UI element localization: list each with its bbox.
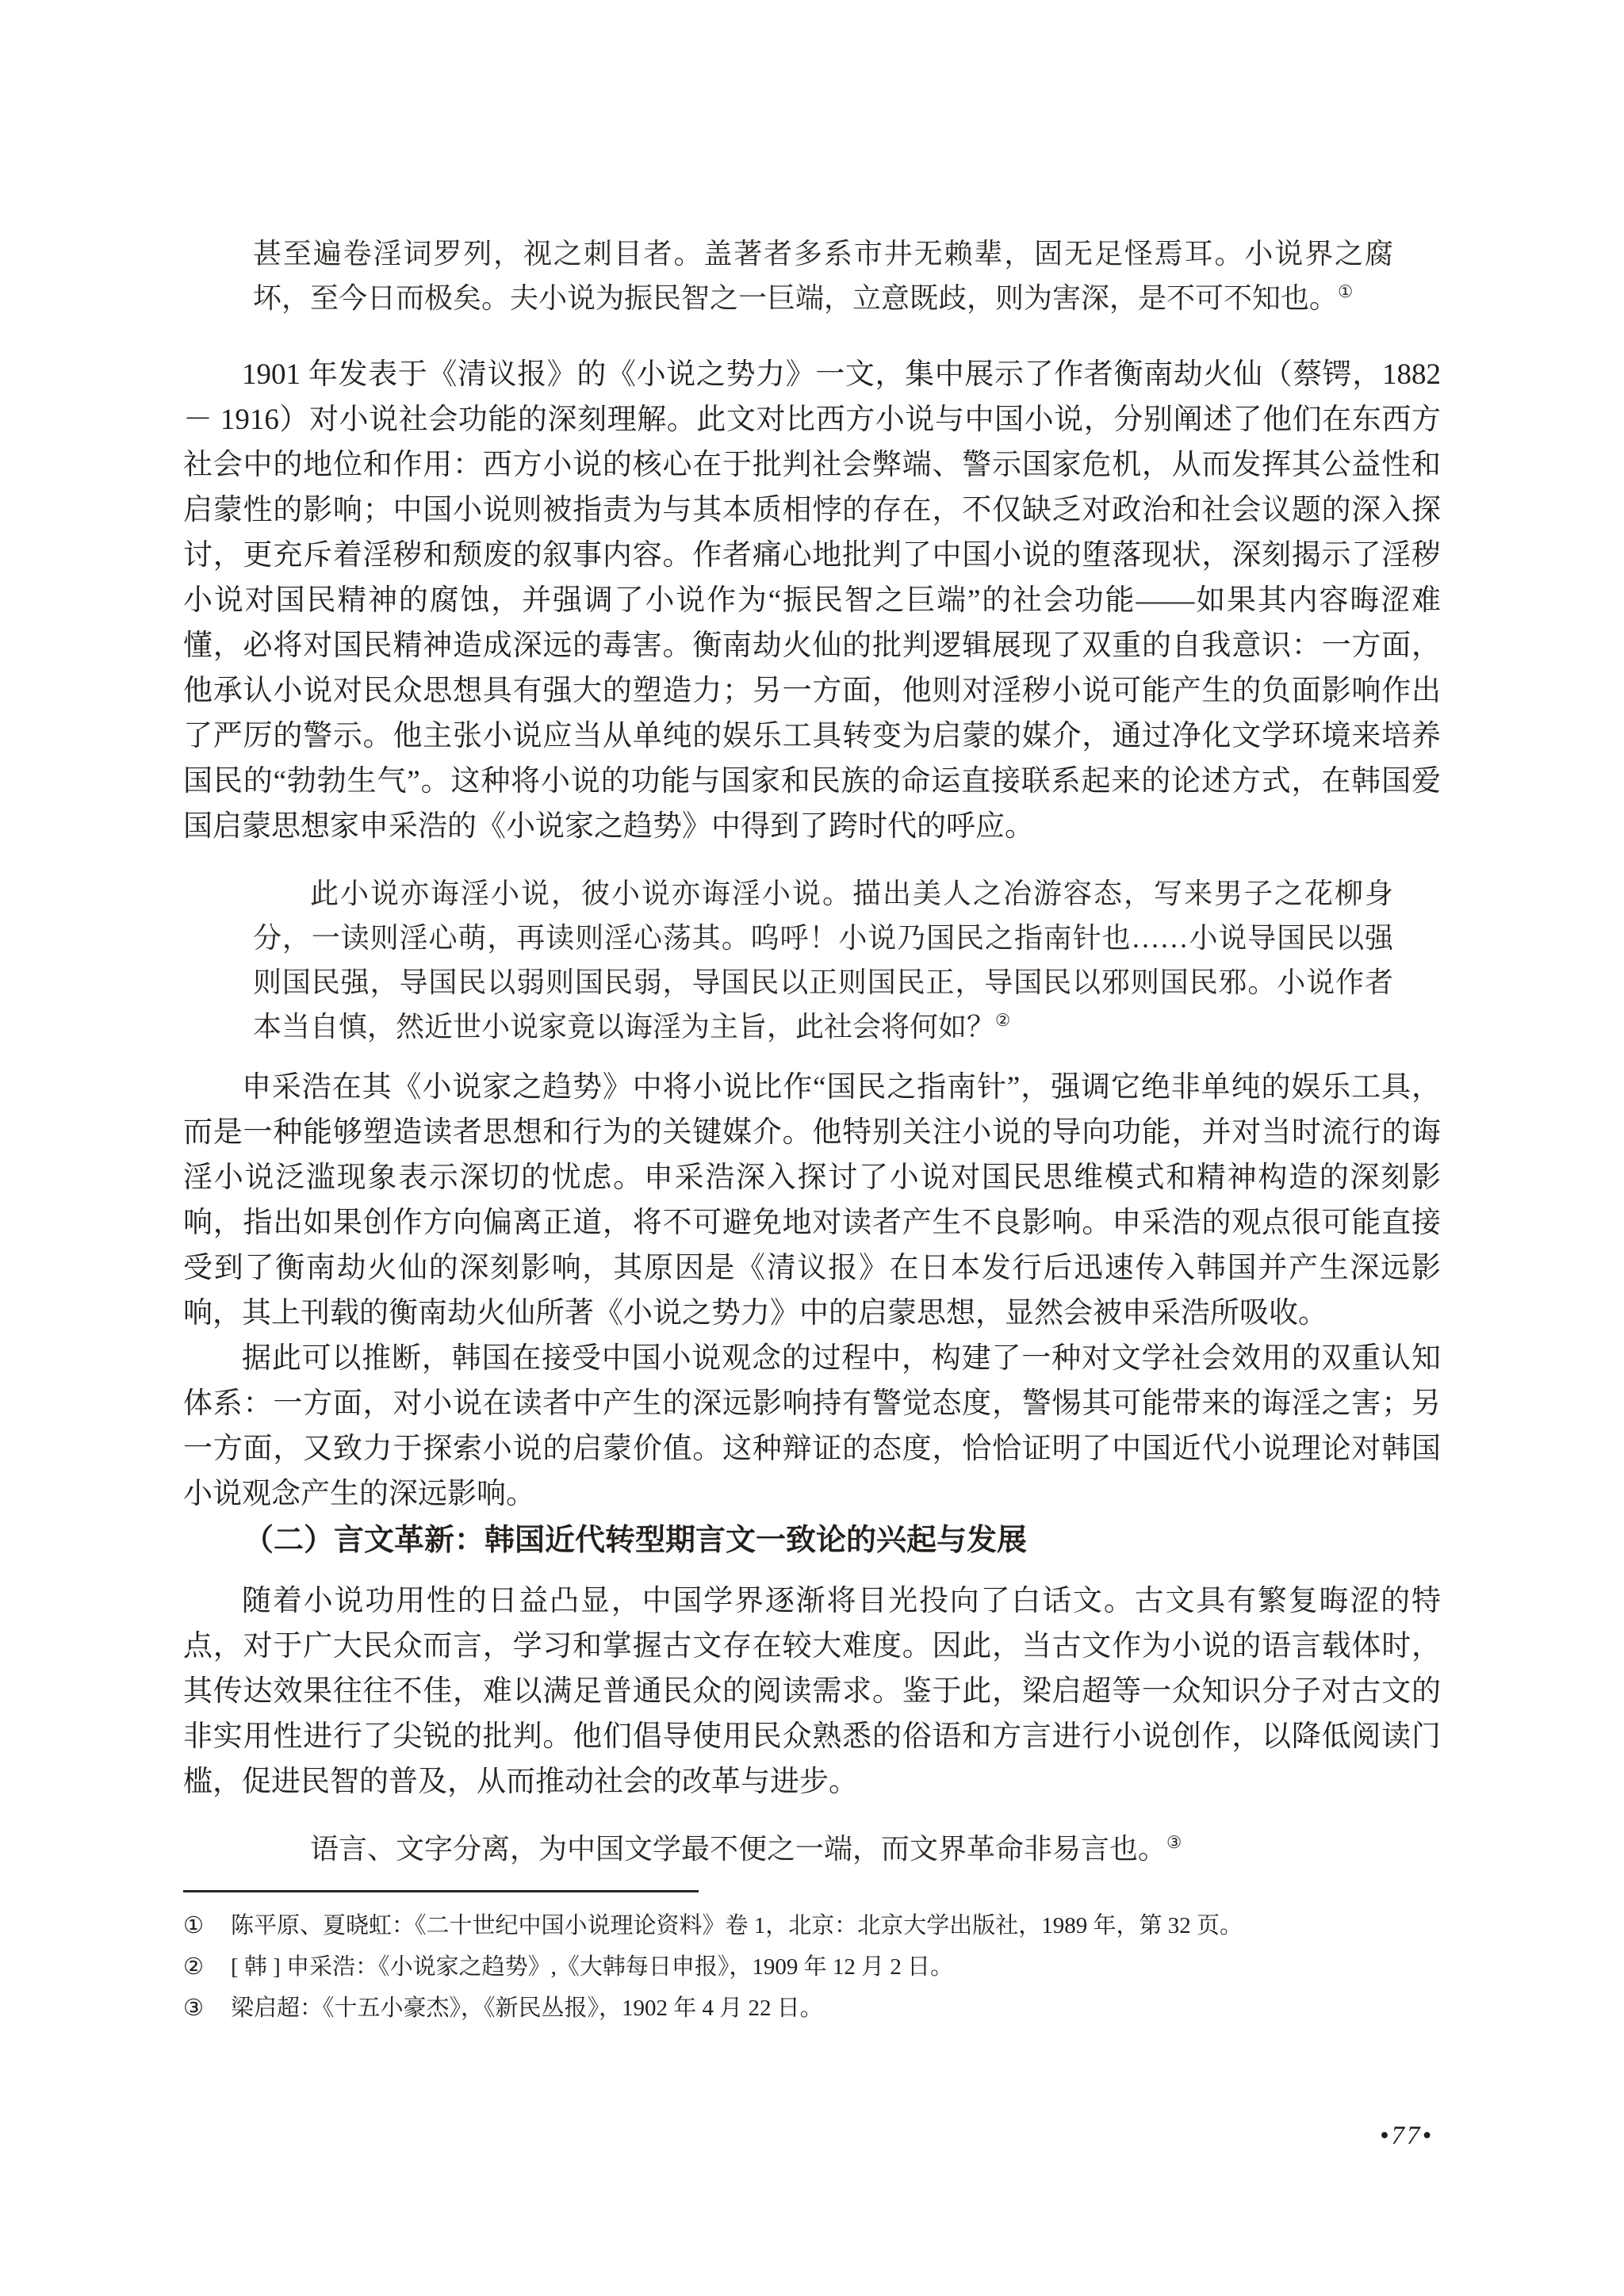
paragraph-1: 1901 年发表于《清议报》的《小说之势力》一文，集中展示了作者衡南劫火仙（蔡锷… <box>183 352 1441 849</box>
footnote-ref-2: ② <box>995 1011 1010 1030</box>
blockquote-2: 此小说亦诲淫小说，彼小说亦诲淫小说。描出美人之冶游容态，写来男子之花柳身分，一读… <box>253 871 1393 1049</box>
footnote-marker: ③ <box>183 1988 231 2029</box>
footnote-text: [ 韩 ] 申采浩：《小说家之趋势》,《大韩每日申报》，1909 年 12 月 … <box>231 1946 1441 1988</box>
blockquote-2-text: 此小说亦诲淫小说，彼小说亦诲淫小说。描出美人之冶游容态，写来男子之花柳身分，一读… <box>253 878 1393 1043</box>
document-page: 甚至遍卷淫词罗列，视之刺目者。盖著者多系市井无赖辈，固无足怪焉耳。小说界之腐坏，… <box>0 0 1624 2296</box>
footnote-divider <box>183 1890 699 1892</box>
paragraph-3: 据此可以推断，韩国在接受中国小说观念的过程中，构建了一种对文学社会效用的双重认知… <box>183 1336 1441 1517</box>
footnote-text: 陈平原、夏晓虹：《二十世纪中国小说理论资料》卷 1，北京：北京大学出版社，198… <box>231 1905 1441 1946</box>
footnote-ref-3: ③ <box>1166 1833 1182 1852</box>
blockquote-3: 语言、文字分离，为中国文学最不便之一端，而文界革命非易言也。③ <box>253 1827 1393 1871</box>
footnote-text: 梁启超：《十五小豪杰》，《新民丛报》，1902 年 4 月 22 日。 <box>231 1988 1441 2029</box>
footnote-item: ③ 梁启超：《十五小豪杰》，《新民丛报》，1902 年 4 月 22 日。 <box>183 1988 1441 2029</box>
page-content: 甚至遍卷淫词罗列，视之刺目者。盖著者多系市井无赖辈，固无足怪焉耳。小说界之腐坏，… <box>183 232 1441 2029</box>
blockquote-1: 甚至遍卷淫词罗列，视之刺目者。盖著者多系市井无赖辈，固无足怪焉耳。小说界之腐坏，… <box>253 232 1393 320</box>
footnote-item: ② [ 韩 ] 申采浩：《小说家之趋势》,《大韩每日申报》，1909 年 12 … <box>183 1946 1441 1988</box>
paragraph-2: 申采浩在其《小说家之趋势》中将小说比作“国民之指南针”，强调它绝非单纯的娱乐工具… <box>183 1065 1441 1336</box>
footnote-item: ① 陈平原、夏晓虹：《二十世纪中国小说理论资料》卷 1，北京：北京大学出版社，1… <box>183 1905 1441 1946</box>
footnote-marker: ① <box>183 1905 231 1946</box>
section-heading: （二）言文革新：韩国近代转型期言文一致论的兴起与发展 <box>183 1517 1441 1564</box>
paragraph-4: 随着小说功用性的日益凸显，中国学界逐渐将目光投向了白话文。古文具有繁复晦涩的特点… <box>183 1578 1441 1804</box>
footnotes-section: ① 陈平原、夏晓虹：《二十世纪中国小说理论资料》卷 1，北京：北京大学出版社，1… <box>183 1905 1441 2029</box>
footnote-marker: ② <box>183 1946 231 1988</box>
footnote-ref-1: ① <box>1338 282 1353 301</box>
blockquote-3-text: 语言、文字分离，为中国文学最不便之一端，而文界革命非易言也。 <box>310 1833 1166 1865</box>
blockquote-1-text: 甚至遍卷淫词罗列，视之刺目者。盖著者多系市井无赖辈，固无足怪焉耳。小说界之腐坏，… <box>253 238 1393 314</box>
page-number: •77• <box>1380 2122 1434 2151</box>
